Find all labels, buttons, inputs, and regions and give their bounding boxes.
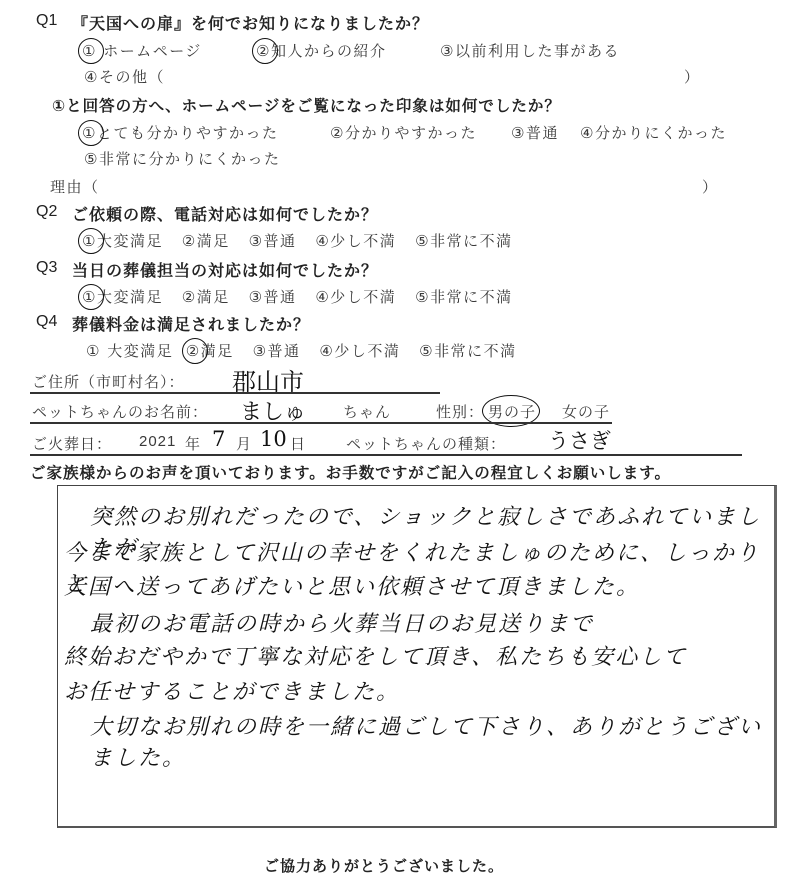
q2-option-3[interactable]: ③普通 — [249, 232, 297, 250]
q1-sub-option-2[interactable]: ②分かりやすかった — [330, 122, 477, 143]
comment-box[interactable]: 突然のお別れだったので、ショックと寂しさであふれていましたが 今まで家族として沢… — [57, 485, 777, 828]
q2-option-1[interactable]: ①大変満足 — [82, 232, 163, 250]
day-unit: 日 — [290, 433, 306, 454]
q1-option-3[interactable]: ③以前利用した事がある — [440, 40, 620, 61]
q2-option-4[interactable]: ④少し不満 — [315, 232, 396, 250]
q3-label: Q3 — [36, 259, 57, 277]
q4-options: ① 大変満足 ②満足 ③普通 ④少し不満 ⑤非常に不満 — [86, 340, 517, 361]
q2-label: Q2 — [36, 203, 57, 221]
q4-option-1[interactable]: ① 大変満足 — [86, 342, 173, 360]
q1-option-4[interactable]: ④その他（ — [84, 66, 165, 87]
gender-male-option[interactable]: 男の子 — [488, 401, 536, 422]
cremation-date-label: ご火葬日： — [32, 433, 112, 454]
q2-option-5[interactable]: ⑤非常に不満 — [415, 232, 512, 250]
selected-circle-icon: ① — [82, 232, 97, 250]
footer-thanks: ご協力ありがとうございました。 — [264, 855, 504, 876]
pet-type-label: ペットちゃんの種類： — [346, 433, 506, 454]
q2-option-2[interactable]: ②満足 — [182, 232, 230, 250]
q1-option-1[interactable]: ① ホームページ — [82, 40, 202, 61]
selected-circle-icon: ② — [186, 342, 201, 360]
q4-question: 葬儀料金は満足されましたか？ — [72, 312, 310, 335]
q4-label: Q4 — [36, 313, 57, 331]
selected-circle-icon: 男の子 — [488, 401, 536, 422]
comment-line-6: お任せすることができました。 — [64, 675, 400, 706]
q1-label: Q1 — [36, 12, 57, 30]
selected-circle-icon: ① — [82, 42, 97, 60]
q1-sub-option-3[interactable]: ③普通 — [511, 122, 559, 143]
comment-line-4: 最初のお電話の時から火葬当日のお見送りまで — [90, 607, 594, 638]
q4-option-5[interactable]: ⑤非常に不満 — [419, 342, 516, 360]
pet-name-underline — [30, 422, 612, 424]
q1-question: 『天国への扉』を何でお知りになりましたか？ — [72, 11, 429, 34]
month-unit: 月 — [236, 433, 252, 454]
q1-reason-label: 理由（ — [50, 176, 100, 197]
q3-options: ①大変満足 ②満足 ③普通 ④少し不満 ⑤非常に不満 — [82, 286, 513, 307]
q1-option-2[interactable]: ②知人からの紹介 — [256, 40, 386, 61]
comment-line-3: 天国へ送ってあげたいと思い依頼させて頂きました。 — [64, 570, 640, 601]
q3-option-5[interactable]: ⑤非常に不満 — [415, 288, 512, 306]
pet-name-label: ペットちゃんのお名前： — [32, 401, 208, 422]
comment-notice: ご家族様からのお声を頂いております。お手数ですがご記入の程宜しくお願いします。 — [30, 461, 671, 483]
q3-question: 当日の葬儀担当の対応は如何でしたか？ — [72, 258, 378, 281]
pet-name-suffix: ちゃん — [343, 401, 391, 422]
comment-line-7: 大切なお別れの時を一緒に過ごして下さり、ありがとうございました。 — [90, 710, 774, 772]
q1-sub-question: ①と回答の方へ、ホームページをご覧になった印象は如何でしたか？ — [52, 94, 561, 116]
q2-question: ご依頼の際、電話対応は如何でしたか？ — [72, 202, 378, 225]
q4-option-2[interactable]: ②満足 — [186, 342, 234, 360]
q4-option-4[interactable]: ④少し不満 — [319, 342, 400, 360]
cremation-day[interactable]: 10 — [260, 427, 287, 451]
selected-circle-icon: ② — [256, 42, 271, 60]
gender-label: 性別： — [436, 401, 484, 422]
q1-other-close: ） — [684, 66, 701, 87]
address-underline — [30, 392, 440, 394]
q3-option-1[interactable]: ①大変満足 — [82, 288, 163, 306]
q3-option-2[interactable]: ②満足 — [182, 288, 230, 306]
year-unit: 年 — [185, 433, 201, 454]
selected-circle-icon: ① — [82, 124, 97, 142]
pet-type-value[interactable]: うさぎ — [548, 425, 611, 455]
q3-option-4[interactable]: ④少し不満 — [315, 288, 396, 306]
q2-options: ①大変満足 ②満足 ③普通 ④少し不満 ⑤非常に不満 — [82, 230, 513, 251]
q1-sub-option-1[interactable]: ①とても分かりやすかった — [82, 122, 278, 143]
cremation-year: 2021 — [139, 433, 176, 450]
q3-option-3[interactable]: ③普通 — [249, 288, 297, 306]
cremation-month[interactable]: 7 — [212, 427, 225, 451]
q1-sub-option-4[interactable]: ④分かりにくかった — [580, 122, 727, 143]
q1-sub-option-5[interactable]: ⑤非常に分かりにくかった — [84, 148, 280, 169]
selected-circle-icon: ① — [82, 288, 97, 306]
q1-reason-close: ） — [702, 176, 719, 197]
comment-line-5: 終始おだやかで丁寧な対応をして頂き、私たちも安心して — [64, 640, 687, 671]
q4-option-3[interactable]: ③普通 — [253, 342, 301, 360]
gender-female-option[interactable]: 女の子 — [562, 401, 610, 422]
address-label: ご住所（市町村名）： — [32, 371, 185, 392]
cremation-underline — [30, 454, 742, 456]
